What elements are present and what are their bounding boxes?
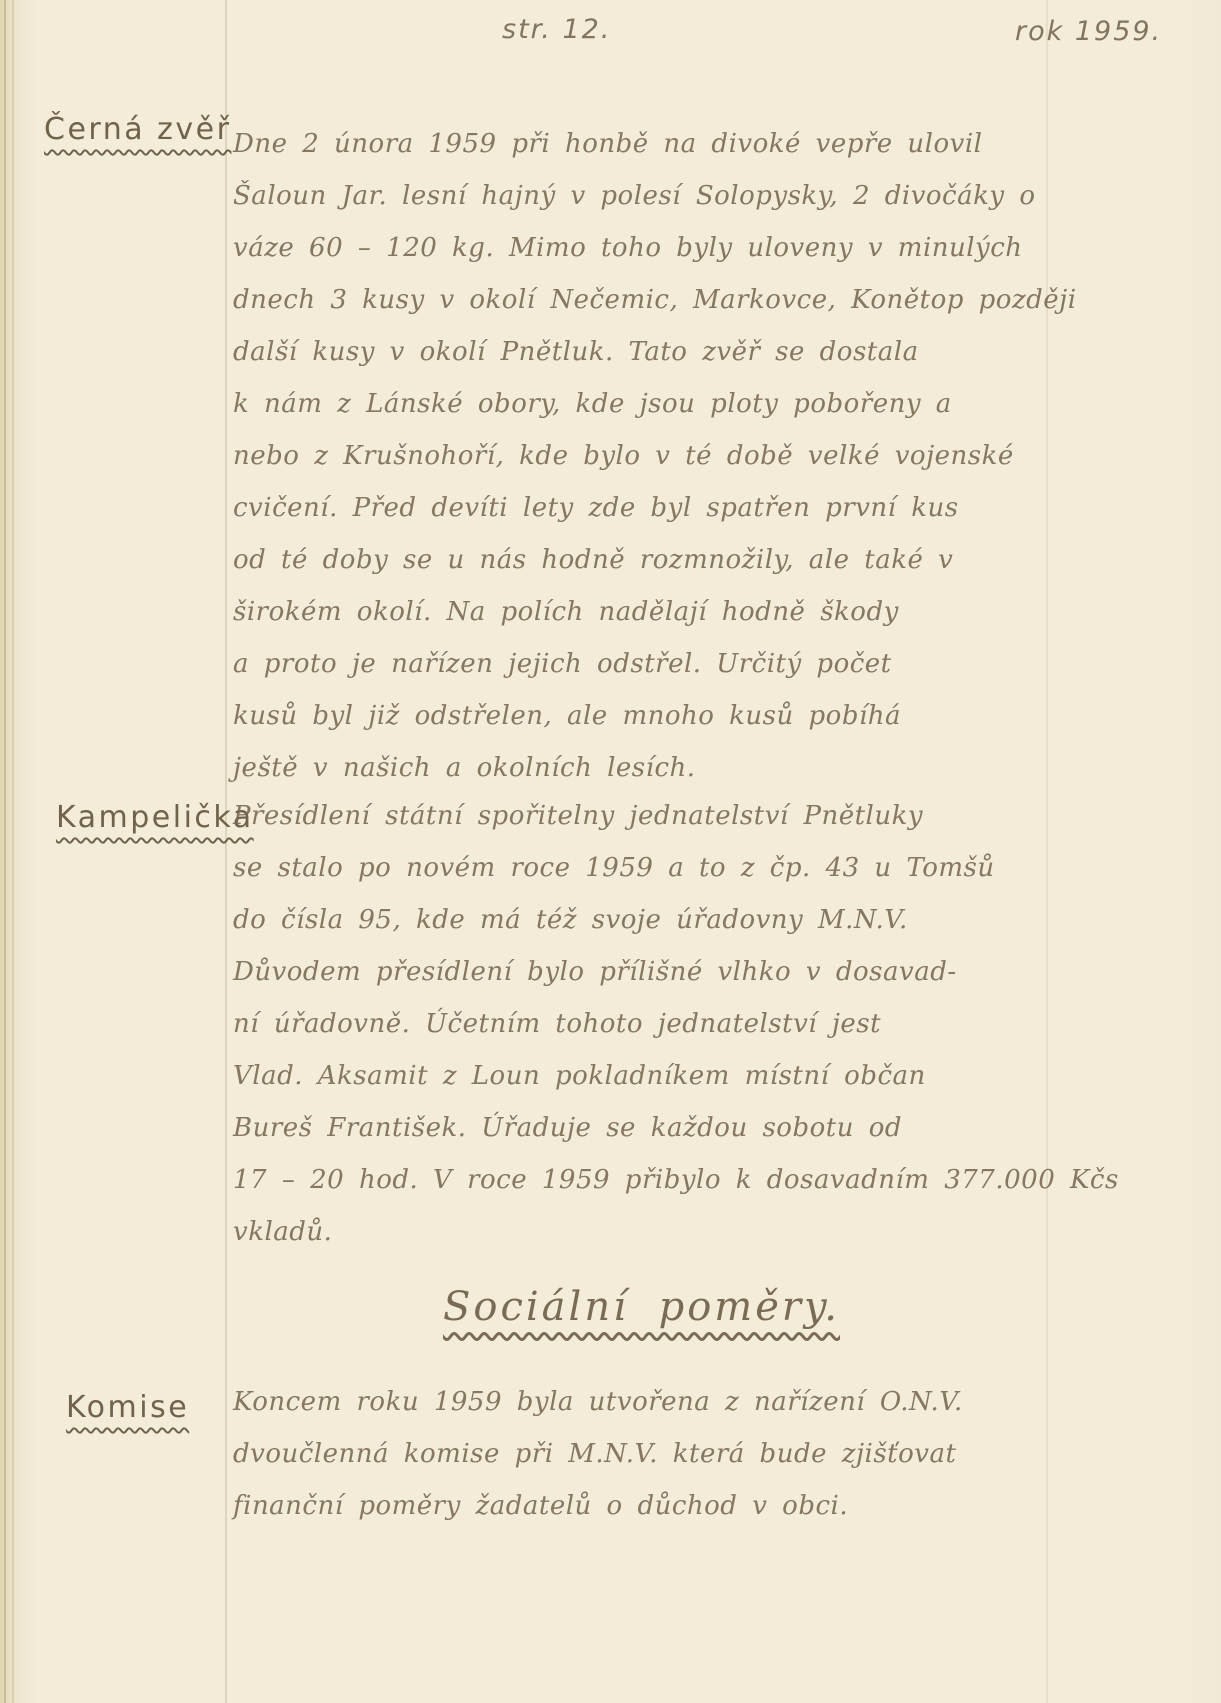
handwritten-line: finanční poměry žadatelů o důchod v obci… [233,1480,1033,1532]
handwritten-line: ještě v našich a okolních lesích. [233,742,1033,794]
section-heading-socialni-pomery: Sociální poměry. [443,1284,840,1330]
margin-label-komise: Komise [66,1390,189,1425]
handwritten-line: ní úřadovně. Účetním tohoto jednatelství… [233,998,1033,1050]
page-edge-crease [4,0,6,1703]
handwritten-line: dvoučlenná komise při M.N.V. která bude … [233,1428,1033,1480]
page-edge-crease [12,0,14,1703]
paragraph-cerna-zver: Dne 2 února 1959 při honbě na divoké vep… [233,118,1033,794]
handwritten-line: kusů byl již odstřelen, ale mnoho kusů p… [233,690,1033,742]
handwritten-line: Koncem roku 1959 byla utvořena z nařízen… [233,1376,1033,1428]
handwritten-line: Vlad. Aksamit z Loun pokladníkem místní … [233,1050,1033,1102]
handwritten-line: váze 60 – 120 kg. Mimo toho byly uloveny… [233,222,1033,274]
handwritten-line: od té doby se u nás hodně rozmnožily, al… [233,534,1033,586]
handwritten-line: se stalo po novém roce 1959 a to z čp. 4… [233,842,1033,894]
paragraph-kampelicka: Přesídlení státní spořitelny jednatelstv… [233,790,1033,1258]
handwritten-line: další kusy v okolí Pnětluk. Tato zvěř se… [233,326,1033,378]
year-label: rok 1959. [1015,16,1162,47]
handwritten-line: dnech 3 kusy v okolí Nečemic, Markovce, … [233,274,1033,326]
handwritten-line: cvičení. Před devíti lety zde byl spatře… [233,482,1033,534]
handwritten-line: k nám z Lánské obory, kde jsou ploty pob… [233,378,1033,430]
handwritten-line: širokém okolí. Na polích nadělají hodně … [233,586,1033,638]
handwritten-line: Dne 2 února 1959 při honbě na divoké vep… [233,118,1033,170]
handwritten-line: Šaloun Jar. lesní hajný v polesí Solopys… [233,170,1033,222]
margin-label-cerna-zver: Černá zvěř [44,112,231,147]
handwritten-line: Důvodem přesídlení bylo přílišné vlhko v… [233,946,1033,998]
handwritten-line: a proto je nařízen jejich odstřel. Určit… [233,638,1033,690]
page-number: str. 12. [502,14,611,45]
handwritten-line: do čísla 95, kde má též svoje úřadovny M… [233,894,1033,946]
margin-rule [225,0,227,1703]
handwritten-line: vkladů. [233,1206,1033,1258]
handwritten-line: 17 – 20 hod. V roce 1959 přibylo k dosav… [233,1154,1033,1206]
page-fold-crease [1046,0,1048,1703]
handwritten-line: nebo z Krušnohoří, kde bylo v té době ve… [233,430,1033,482]
paragraph-komise: Koncem roku 1959 byla utvořena z nařízen… [233,1376,1033,1532]
handwritten-line: Bureš František. Úřaduje se každou sobot… [233,1102,1033,1154]
handwritten-line: Přesídlení státní spořitelny jednatelstv… [233,790,1033,842]
margin-label-kampelicka: Kampelička [56,800,254,835]
